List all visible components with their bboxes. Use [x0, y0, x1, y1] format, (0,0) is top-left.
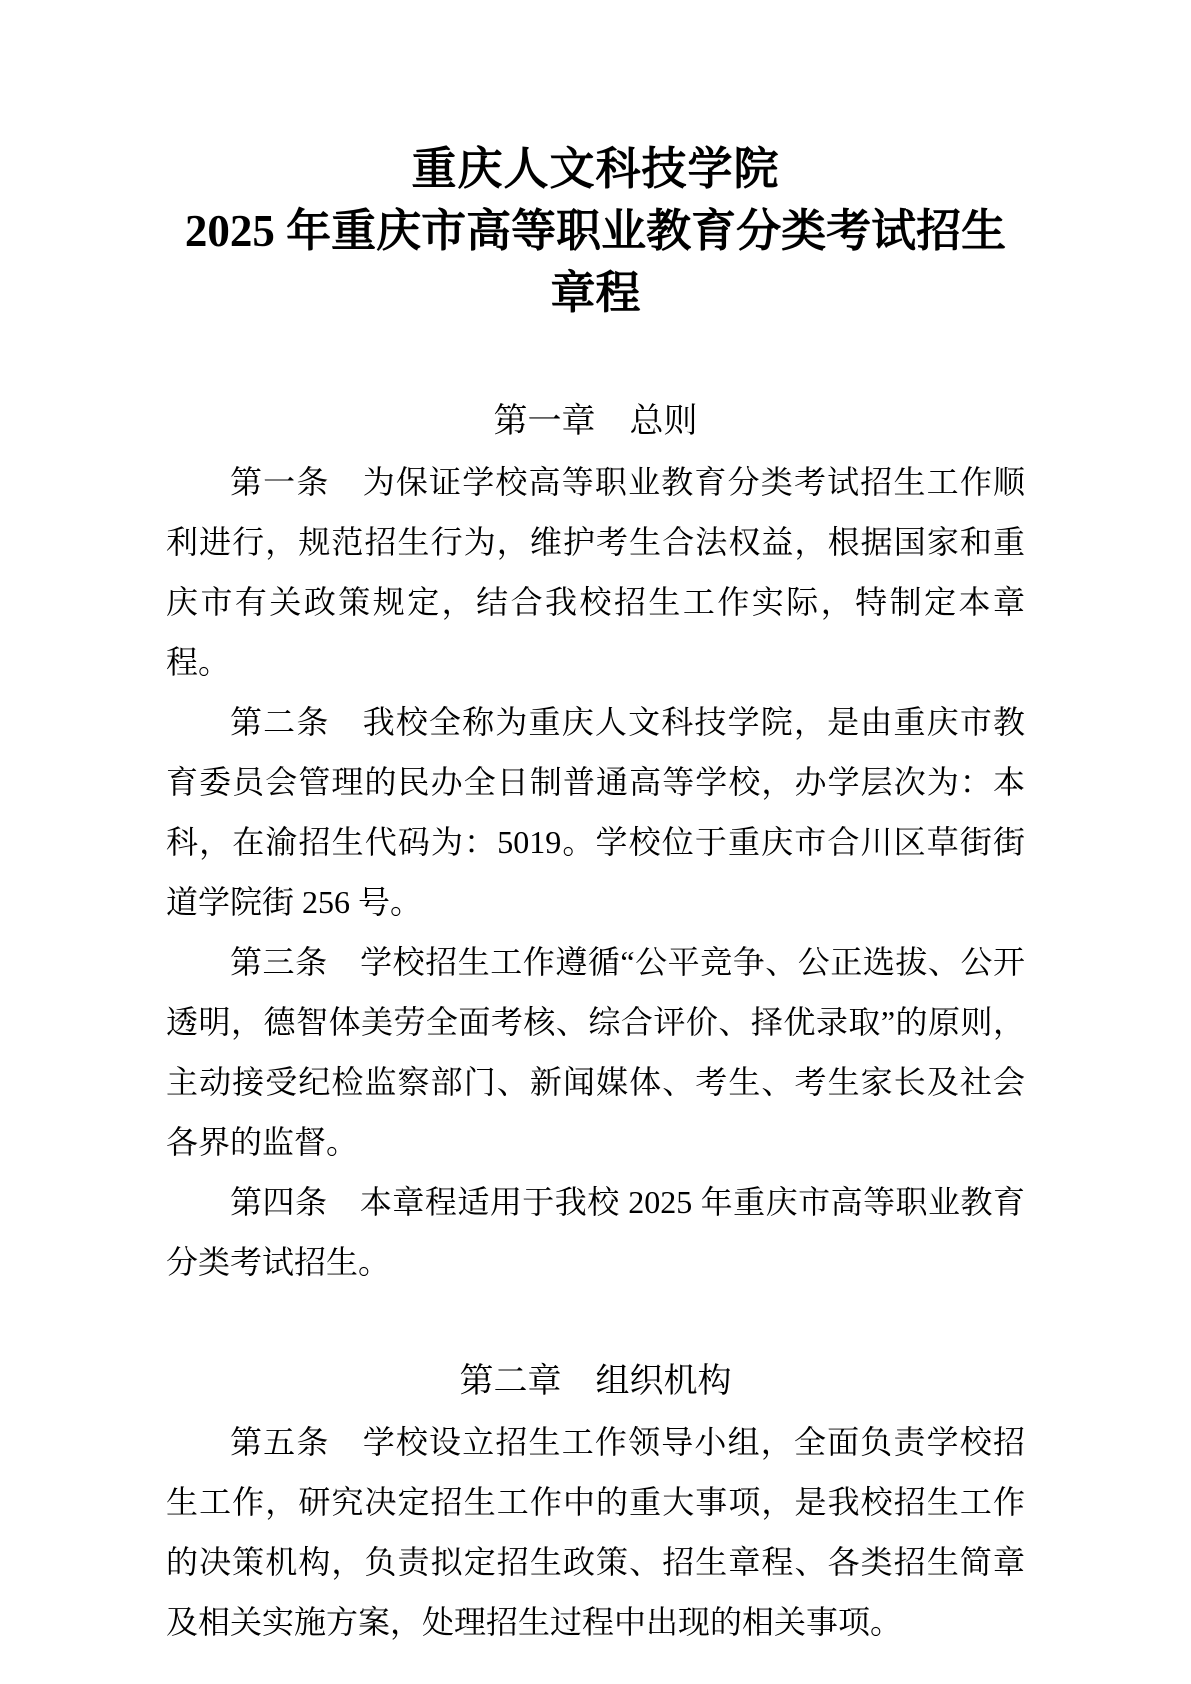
article-5-paragraph: 第五条 学校设立招生工作领导小组，全面负责学校招生工作，研究决定招生工作中的重大… [166, 1412, 1025, 1652]
document-page: 重庆人文科技学院 2025 年重庆市高等职业教育分类考试招生章程 第一章 总则 … [0, 0, 1191, 1684]
chapter-1-heading: 第一章 总则 [166, 392, 1025, 452]
article-3-paragraph: 第三条 学校招生工作遵循“公平竞争、公正选拔、公开透明，德智体美劳全面考核、综合… [166, 932, 1025, 1172]
article-1-paragraph: 第一条 为保证学校高等职业教育分类考试招生工作顺利进行，规范招生行为，维护考生合… [166, 452, 1025, 692]
article-4-paragraph: 第四条 本章程适用于我校 2025 年重庆市高等职业教育分类考试招生。 [166, 1172, 1025, 1292]
article-2-paragraph: 第二条 我校全称为重庆人文科技学院，是由重庆市教育委员会管理的民办全日制普通高等… [166, 692, 1025, 932]
document-subtitle: 2025 年重庆市高等职业教育分类考试招生章程 [166, 200, 1025, 324]
chapter-2-heading: 第二章 组织机构 [166, 1352, 1025, 1412]
document-title: 重庆人文科技学院 [166, 138, 1025, 200]
